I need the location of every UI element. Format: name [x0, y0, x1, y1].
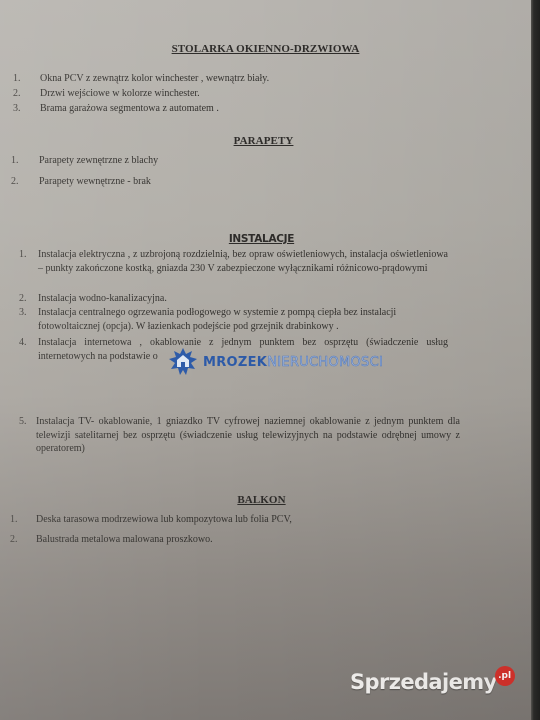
- watermark-text-bold: MROZEK: [203, 355, 267, 370]
- list-number: 1.: [19, 249, 27, 260]
- list-item: Parapety zewnętrzne z blachy: [39, 154, 158, 168]
- section-heading-balkon: BALKON: [0, 494, 527, 506]
- document-page: STOLARKA OKIENNO-DRZWIOWA 1. Okna PCV z …: [0, 0, 531, 720]
- sprzedajemy-logo: Sprzedajemy .pl: [350, 670, 515, 694]
- brand-badge: .pl: [495, 666, 515, 686]
- list-item: Instalacja centralnego ogrzewania podłog…: [38, 306, 448, 333]
- section-heading-parapety: PARAPETY: [0, 135, 529, 147]
- list-number: 1.: [13, 73, 21, 84]
- list-number: 2.: [19, 293, 27, 304]
- list-item: Brama garażowa segmentowa z automatem .: [40, 102, 219, 116]
- list-number: 1.: [10, 514, 18, 525]
- list-item: Balustrada metalowa malowana proszkowo.: [36, 533, 213, 547]
- list-item: Instalacja elektryczna , z uzbrojoną roz…: [38, 248, 448, 275]
- list-number: 2.: [13, 88, 21, 99]
- paper-edge-shadow: [531, 0, 540, 720]
- list-item: Instalacja wodno-kanalizacyjna.: [38, 292, 167, 306]
- list-item: Drzwi wejściowe w kolorze winchester.: [40, 87, 200, 101]
- list-item: Instalacja TV- okablowanie, 1 gniazdko T…: [36, 415, 460, 456]
- list-number: 1.: [11, 155, 19, 166]
- list-number: 3.: [19, 307, 27, 318]
- list-item: Okna PCV z zewnątrz kolor winchester , w…: [40, 72, 269, 86]
- snowflake-house-icon: [167, 347, 199, 377]
- list-number: 2.: [10, 534, 18, 545]
- list-number: 3.: [13, 103, 21, 114]
- watermark-mrozek: MROZEK NIERUCHOMOSCI: [167, 347, 383, 377]
- list-number: 5.: [19, 416, 27, 427]
- list-number: 4.: [19, 337, 27, 348]
- section-heading-instalacje: INSTALACJE: [0, 233, 527, 245]
- watermark-text-light: NIERUCHOMOSCI: [267, 355, 383, 370]
- list-number: 2.: [11, 176, 19, 187]
- list-item: Deska tarasowa modrzewiowa lub kompozyto…: [36, 513, 292, 527]
- brand-name: Sprzedajemy: [350, 670, 497, 694]
- list-item: Parapety wewnętrzne - brak: [39, 175, 151, 189]
- section-heading-stolarka: STOLARKA OKIENNO-DRZWIOWA: [0, 43, 531, 55]
